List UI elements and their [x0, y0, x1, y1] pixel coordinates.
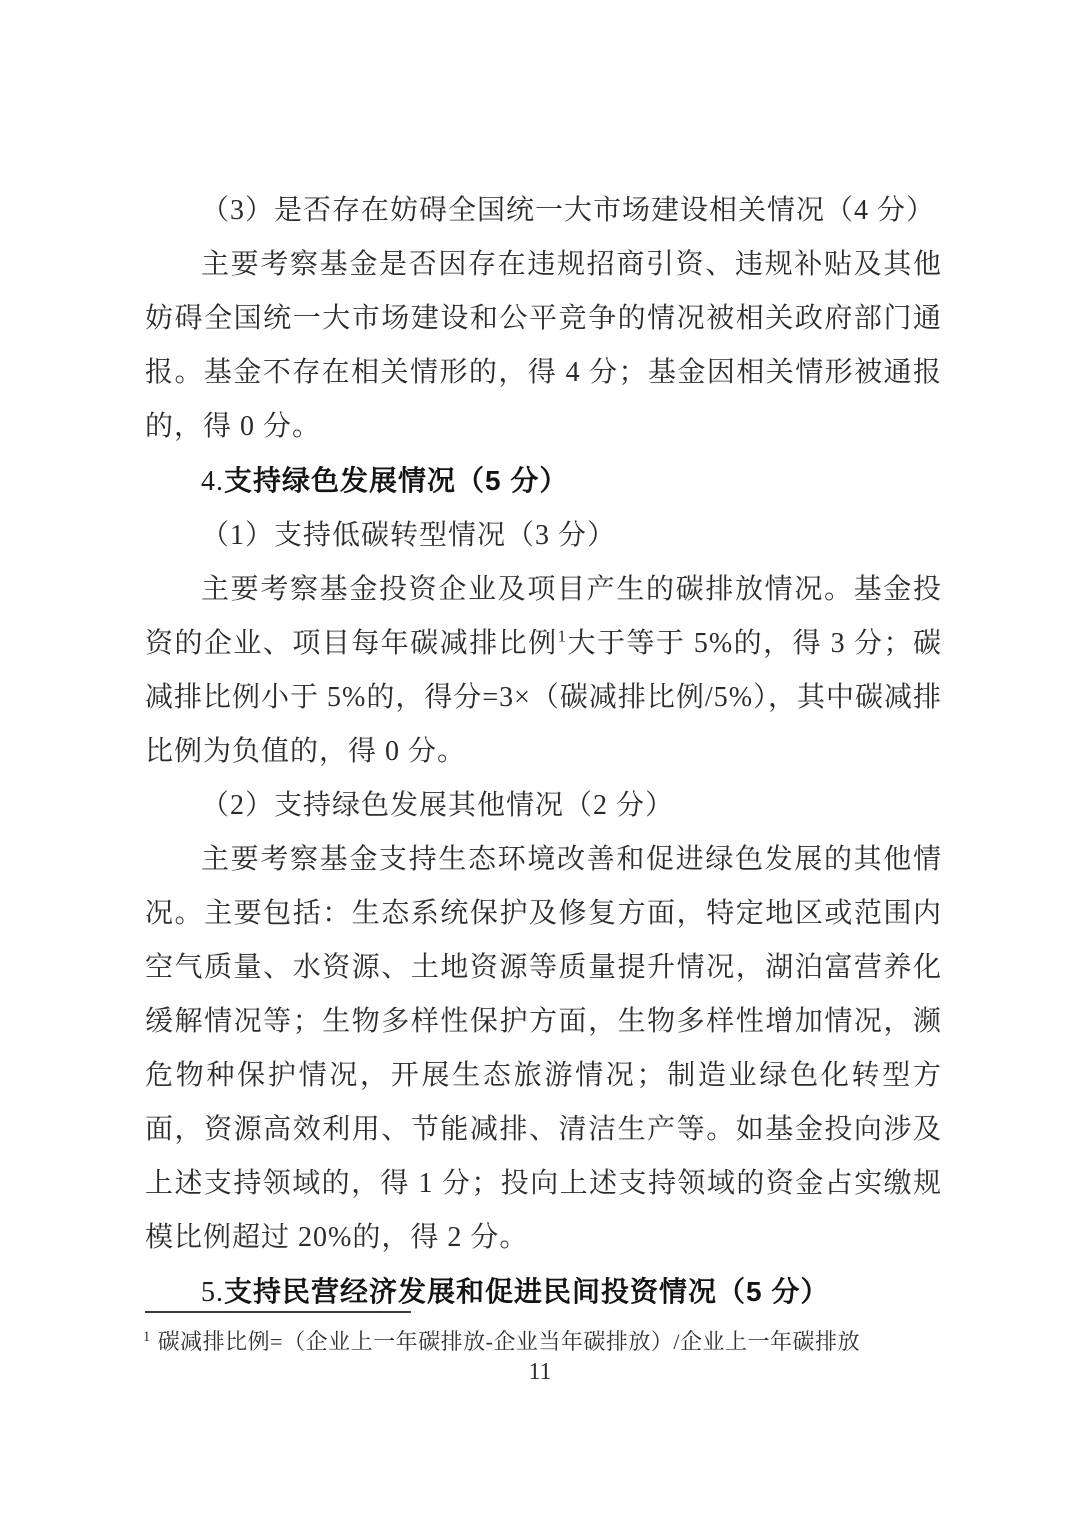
section-4-number: 4. — [201, 466, 224, 497]
page-number: 11 — [0, 1356, 1080, 1388]
section-4-item-2-heading: （2）支持绿色发展其他情况（2 分） — [145, 779, 942, 833]
section-4-item-1-heading: （1）支持低碳转型情况（3 分） — [145, 509, 942, 563]
item-3-heading: （3）是否存在妨碍全国统一大市场建设相关情况（4 分） — [145, 184, 942, 238]
footnote-1-text: 碳减排比例=（企业上一年碳排放-企业当年碳排放）/企业上一年碳排放 — [158, 1329, 860, 1354]
footnote-1: 1碳减排比例=（企业上一年碳排放-企业当年碳排放）/企业上一年碳排放 — [143, 1326, 953, 1358]
document-page: （3）是否存在妨碍全国统一大市场建设相关情况（4 分） 主要考察基金是否因存在违… — [0, 0, 1080, 1527]
section-4-item-2-body: 主要考察基金支持生态环境改善和促进绿色发展的其他情况。主要包括：生态系统保护及修… — [145, 833, 942, 1265]
footnote-reference-marker: 1 — [558, 627, 567, 646]
section-4-title: 支持绿色发展情况（5 分） — [224, 465, 568, 496]
document-body: （3）是否存在妨碍全国统一大市场建设相关情况（4 分） 主要考察基金是否因存在违… — [145, 184, 942, 1320]
section-5-title: 支持民营经济发展和促进民间投资情况（5 分） — [224, 1276, 829, 1307]
section-5-number: 5. — [201, 1277, 224, 1308]
footnote-1-marker: 1 — [143, 1329, 151, 1345]
footnote-separator-rule — [145, 1311, 411, 1313]
item-3-body: 主要考察基金是否因存在违规招商引资、违规补贴及其他妨碍全国统一大市场建设和公平竞… — [145, 238, 942, 454]
section-4-item-1-body: 主要考察基金投资企业及项目产生的碳排放情况。基金投资的企业、项目每年碳减排比例1… — [145, 563, 942, 779]
section-4-heading: 4.支持绿色发展情况（5 分） — [145, 454, 942, 509]
